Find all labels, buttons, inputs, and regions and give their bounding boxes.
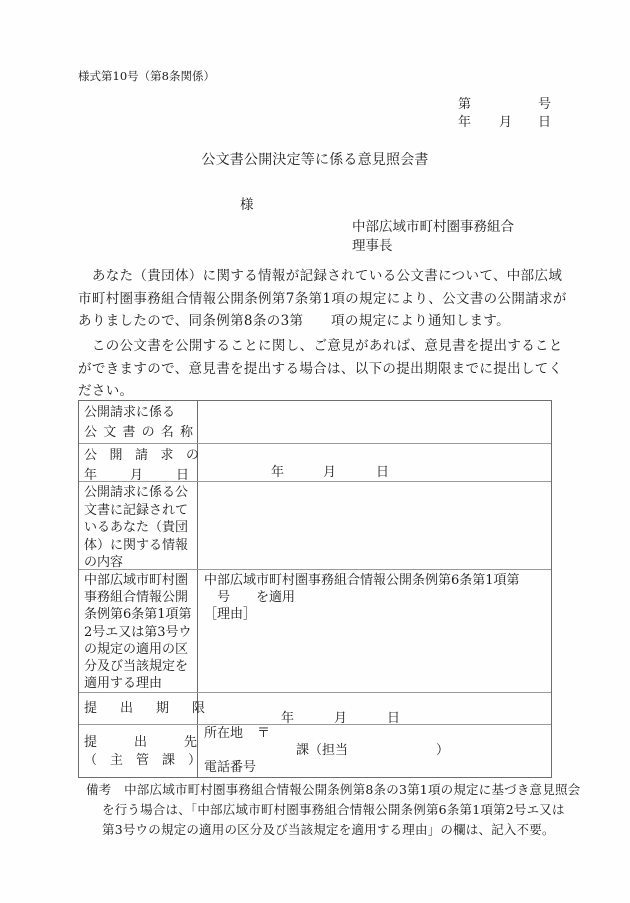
label-line: 適用する理由: [84, 675, 193, 692]
address-label: 所在地: [204, 726, 243, 741]
addressee-honorific: 様: [240, 193, 254, 213]
label-document-name: 公開請求に係る 公文書の名称: [79, 401, 198, 443]
form-identifier: 様式第10号（第8条関係）: [78, 68, 215, 84]
row-submission-destination: 提出先 （主管課） 所在地〒 課（担当） 電話番号: [79, 724, 551, 777]
label-line: 事務組合情報公開: [84, 589, 193, 606]
doc-number-prefix: 第: [458, 93, 471, 112]
sender-organization: 中部広域市町村圏事務組合: [352, 218, 514, 237]
paragraph-line: ができますので、意見書を提出する場合は、以下の提出期限までに提出してく: [78, 358, 553, 381]
date-day: 日: [376, 463, 389, 483]
label-line: 分及び当該規定を: [84, 658, 193, 675]
label-line: 体）に関する情報: [84, 537, 193, 555]
body-paragraph-1: あなた（貴団体）に関する情報が記録されている公文書について、中部広域 市町村圏事…: [78, 265, 553, 333]
date-year: 年: [271, 463, 284, 483]
date-year: 年: [458, 111, 471, 130]
row-submission-deadline: 提出期限 年 月 日: [79, 692, 551, 724]
postal-mark: 〒: [257, 726, 270, 741]
field-applicable-reason[interactable]: 中部広域市町村圏事務組合情報公開条例第6条第1項第 号 を適用 ［理由］: [198, 570, 551, 692]
paragraph-line: この公文書を公開することに関し、ご意見があれば、意見書を提出すること: [78, 335, 553, 358]
remarks-line: 第3号ウの規定の適用の区分及び当該規定を適用する理由」の欄は、記入不要。: [78, 820, 580, 840]
body-paragraph-2: この公文書を公開することに関し、ご意見があれば、意見書を提出すること ができます…: [78, 335, 553, 403]
paragraph-line: ありましたので、同条例第8条の3第 項の規定により通知します。: [78, 310, 553, 333]
label-line: （主管課）: [84, 752, 193, 770]
sender-position: 理事長: [352, 237, 514, 256]
inquiry-form-table: 公開請求に係る 公文書の名称 公開請求の 年月日 年 月 日 公開請求に係る公 …: [78, 400, 552, 778]
remarks-line: を行う場合は、「中部広域市町村圏事務組合情報公開条例第6条第1項第2号エ又は: [78, 800, 580, 820]
label-applicable-reason: 中部広域市町村圏 事務組合情報公開 条例第6条第1項第 2号エ又は第3号ウ の規…: [79, 570, 198, 692]
label-line: 公文書の名称: [84, 423, 193, 443]
label-line: の規定の適用の区: [84, 641, 193, 658]
remarks-note: 備考 中部広域市町村圏事務組合情報公開条例第8条の3第1項の規定に基づき意見照会…: [78, 780, 580, 840]
paragraph-line: あなた（貴団体）に関する情報が記録されている公文書について、中部広域: [78, 265, 553, 288]
label-submission-deadline: 提出期限: [79, 693, 198, 724]
section-line: 課（担当）: [204, 742, 545, 759]
paragraph-line: 市町村圏事務組合情報公開条例第7条第1項の規定により、公文書の公開請求が: [78, 288, 553, 311]
label-line: いるあなた（貴団: [84, 519, 193, 537]
field-document-name[interactable]: [198, 401, 551, 443]
doc-number-suffix: 号: [538, 93, 551, 112]
phone-label: 電話番号: [204, 759, 545, 776]
value-line: 号 を適用: [204, 589, 545, 606]
label-line: 公開請求の: [84, 446, 193, 466]
document-title: 公文書公開決定等に係る意見照会書: [0, 149, 630, 169]
label-submission-destination: 提出先 （主管課）: [79, 725, 198, 777]
field-submission-destination[interactable]: 所在地〒 課（担当） 電話番号: [198, 725, 551, 777]
sender-block: 中部広域市町村圏事務組合 理事長: [352, 218, 514, 256]
field-information-content[interactable]: [198, 482, 551, 569]
label-line: 文書に記録されて: [84, 502, 193, 520]
label-line: 条例第6条第1項第: [84, 606, 193, 623]
date-month: 月: [323, 463, 336, 483]
section-close: ）: [436, 743, 449, 758]
section-label: 課（担当: [296, 743, 348, 758]
label-information-content: 公開請求に係る公 文書に記録されて いるあなた（貴団 体）に関する情報 の内容: [79, 482, 198, 569]
label-line: 提出期限: [84, 699, 193, 719]
field-submission-deadline[interactable]: 年 月 日: [198, 693, 551, 724]
date-day: 日: [538, 111, 551, 130]
row-applicable-reason: 中部広域市町村圏 事務組合情報公開 条例第6条第1項第 2号エ又は第3号ウ の規…: [79, 569, 551, 692]
row-information-content: 公開請求に係る公 文書に記録されて いるあなた（貴団 体）に関する情報 の内容: [79, 481, 551, 569]
field-request-date[interactable]: 年 月 日: [198, 444, 551, 481]
date-month: 月: [499, 111, 512, 130]
row-document-name: 公開請求に係る 公文書の名称: [79, 401, 551, 443]
label-line: 公開請求に係る公: [84, 484, 193, 502]
label-line: 提出先: [84, 734, 193, 752]
label-request-date: 公開請求の 年月日: [79, 444, 198, 481]
address-line: 所在地〒: [204, 725, 545, 742]
label-line: 中部広域市町村圏: [84, 572, 193, 589]
label-line: 2号エ又は第3号ウ: [84, 624, 193, 641]
value-line: ［理由］: [204, 606, 545, 623]
label-line: 公開請求に係る: [84, 403, 193, 423]
value-line: 中部広域市町村圏事務組合情報公開条例第6条第1項第: [204, 572, 545, 589]
row-request-date: 公開請求の 年月日 年 月 日: [79, 443, 551, 481]
remarks-line: 備考 中部広域市町村圏事務組合情報公開条例第8条の3第1項の規定に基づき意見照会: [78, 780, 580, 800]
